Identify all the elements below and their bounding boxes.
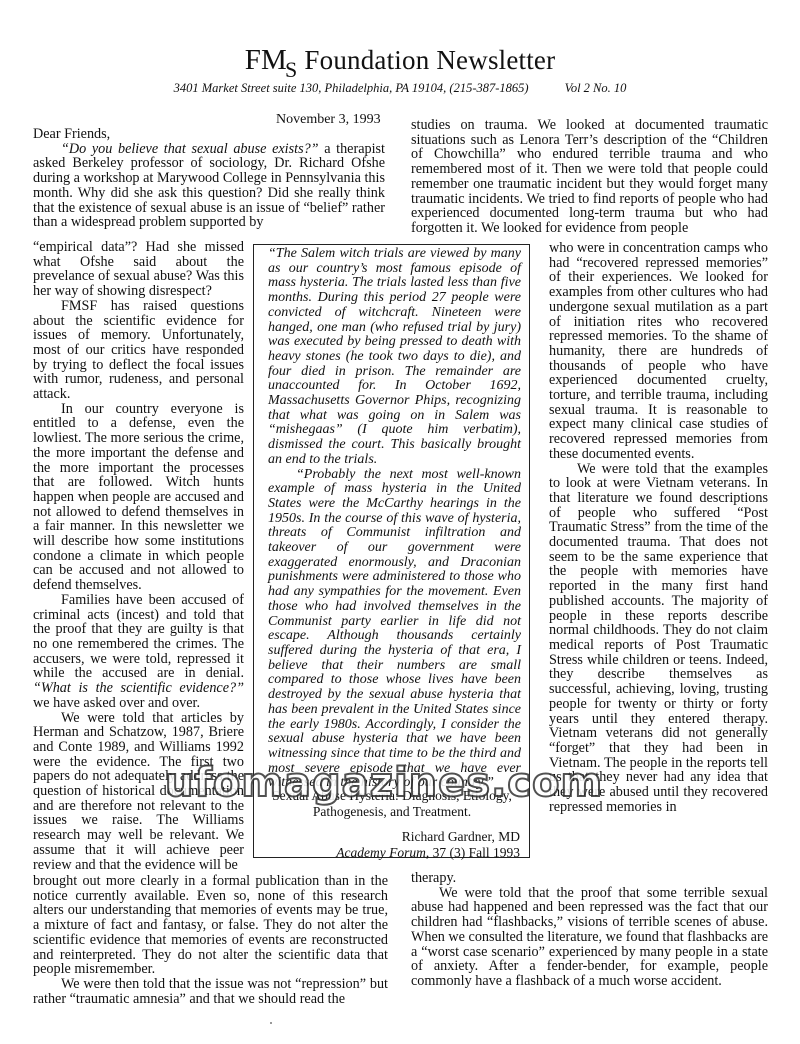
source-journal: Academy Forum, 37 (3) Fall 1993 [258,845,526,861]
quote-paragraph-1: “The Salem witch trials are viewed by ma… [268,247,521,468]
paragraph-7-cont: therapy. [411,871,768,886]
right-column-narrow: who were in concentration camps who had … [549,241,768,814]
paragraph-5-cont: brought out more clearly in a formal pub… [33,874,388,977]
paragraph-6-cont: studies on trauma. We looked at document… [411,118,768,236]
newsletter-title: Foundation Newsletter [304,45,555,75]
salutation: Dear Friends, [33,127,385,142]
source-author: Richard Gardner, MD [258,829,526,845]
address: 3401 Market Street suite 130, Philadelph… [174,81,529,95]
quote-paragraph-2: “Probably the next most well-known examp… [268,468,521,791]
left-column-top: Dear Friends, “Do you believe that sexua… [33,127,385,230]
paragraph-6: We were then told that the issue was not… [33,977,388,1006]
volume-number: Vol 2 No. 10 [565,81,627,95]
address-line: 3401 Market Street suite 130, Philadelph… [0,81,800,96]
watermark: ufomagazines.com [165,760,625,806]
paragraph-3: In our country everyone is entitled to a… [33,402,244,593]
paragraph-1: “Do you believe that sexual abuse exists… [33,142,385,230]
sidebar-quote-text: “The Salem witch trials are viewed by ma… [268,247,521,791]
masthead: FMS Foundation Newsletter [0,44,800,77]
left-column-bottom: brought out more clearly in a formal pub… [33,874,388,1006]
paragraph-1-cont: “empirical data”? Had she missed what Of… [33,240,244,299]
paragraph-2: FMSF has raised questions about the scie… [33,299,244,402]
paragraph-6-cont2: who were in concentration camps who had … [549,241,768,462]
newsletter-logo: FMS Foundation Newsletter [245,45,556,75]
letter-date: November 3, 1993 [276,112,381,128]
right-column-top: studies on trauma. We looked at document… [411,118,768,236]
paragraph-4: Families have been accused of criminal a… [33,593,244,711]
right-column-bottom: therapy. We were told that the proof tha… [411,871,768,989]
paragraph-8: We were told that the proof that some te… [411,886,768,989]
scan-speck [270,1022,272,1024]
